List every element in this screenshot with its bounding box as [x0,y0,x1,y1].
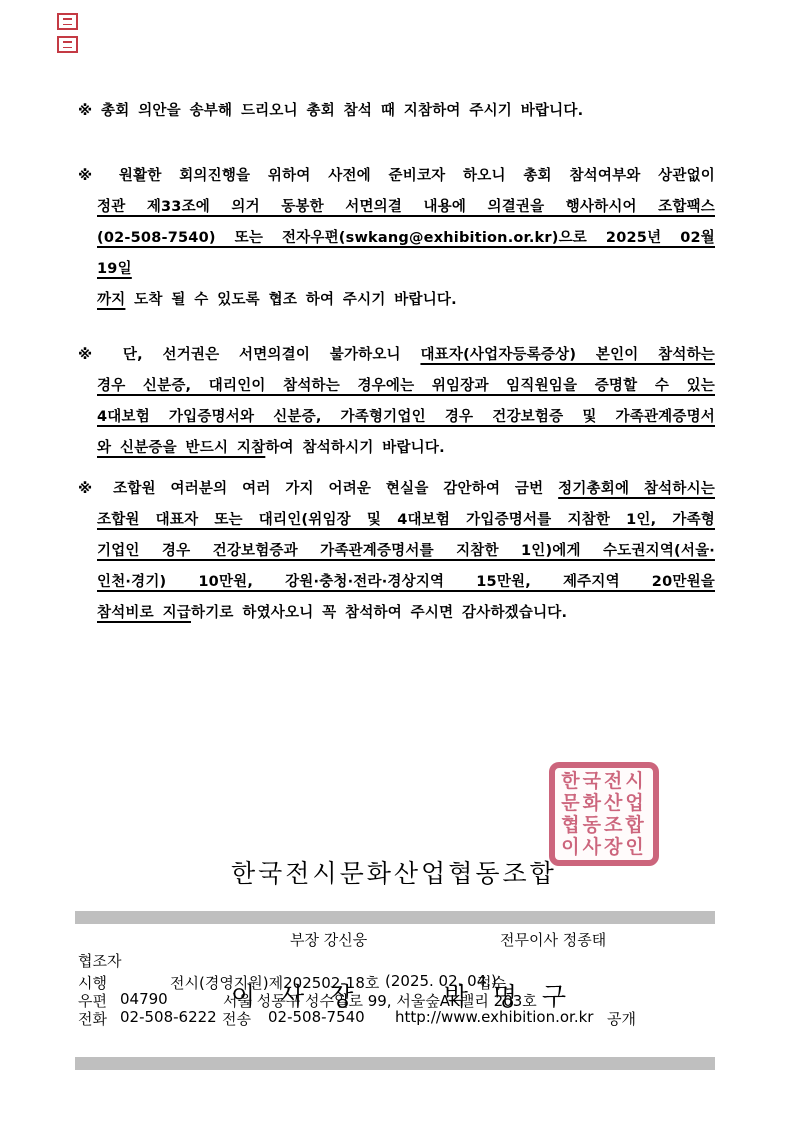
cooperator-row: 협조자 [0,950,793,969]
underlined-text: 정관 제33조에 의거 동봉한 서면의결 내용에 의결권을 행사하시어 조합팩스 [97,199,715,215]
notice-paragraphs: ※ 총회 의안을 송부해 드리오니 총회 참석 때 지참하여 주시기 바랍니다.… [78,96,715,629]
phone-label: 전화 [78,1008,107,1029]
plain-text: ※ 총회 의안을 송부해 드리오니 총회 참석 때 지참하여 주시기 바랍니다. [78,103,583,119]
text-line: 와 신분증을 반드시 지참하여 참석하시기 바랍니다. [78,433,715,464]
notice-paragraph: ※ 단, 선거권은 서면의결이 불가하오니 대표자(사업자등록증상) 본인이 참… [78,340,715,464]
phone-number: 02-508-6222 [120,1008,217,1026]
text-line: 조합원 대표자 또는 대리인(위임장 및 4대보험 가입증명서를 지참한 1인,… [78,505,715,536]
underlined-text: 기업인 경우 건강보험증과 가족관계증명서를 지참한 1인)에게 수도권지역(서… [97,543,715,559]
notice-paragraph: ※ 원활한 회의진행을 위하여 사전에 준비코자 하오니 총회 참석여부와 상관… [78,161,715,316]
postal-code: 04790 [120,990,168,1008]
text-line: ※ 단, 선거권은 서면의결이 불가하오니 대표자(사업자등록증상) 본인이 참… [78,340,715,371]
underlined-text: 경우 신분증, 대리인이 참석하는 경우에는 위임장과 임직원임을 증명할 수 … [97,378,715,394]
plain-text: 도착 될 수 있도록 협조 하여 주시기 바랍니다. [125,292,456,308]
text-line: 기업인 경우 건강보험증과 가족관계증명서를 지참한 1인)에게 수도권지역(서… [78,536,715,567]
plain-text: ※ 원활한 회의진행을 위하여 사전에 준비코자 하오니 총회 참석여부와 상관… [78,168,715,184]
divider-bar-top [75,911,715,924]
dispatch-row: 시행 전시(경영지원)제202502-18호 (2025. 02. 04.) 접… [0,972,793,991]
text-line: 까지 도착 될 수 있도록 협조 하여 주시기 바랍니다. [78,285,715,316]
text-line: 경우 신분증, 대리인이 참석하는 경우에는 위임장과 임직원임을 증명할 수 … [78,371,715,402]
contact-row: 전화 02-508-6222 전송 02-508-7540 http://www… [0,1008,793,1027]
seal-text-row: 이사장인 [561,836,646,858]
cooperator-label: 협조자 [78,950,121,971]
fax-label: 전송 [222,1008,251,1029]
underlined-text: 인천·경기) 10만원, 강원·충청·전라·경상지역 15만원, 제주지역 20… [97,574,715,590]
plain-text: ※ 단, 선거권은 서면의결이 불가하오니 [78,347,420,363]
plain-text: ※ 조합원 여러분의 여러 가지 어려운 현실을 감안하여 금번 [78,481,558,497]
disclosure-label: 공개 [607,1008,636,1029]
official-seal-stamp: 한국전시문화산업협동조합이사장인 [549,762,659,866]
underlined-text: 정기총회에 참석하시는 [558,481,715,497]
text-line: (02-508-7540) 또는 전자우편(swkang@exhibition.… [78,223,715,285]
document-page: ※ 총회 의안을 송부해 드리오니 총회 참석 때 지참하여 주시기 바랍니다.… [0,0,793,1122]
plain-text: 하기로 하였사오니 꼭 참석하여 주시면 감사하겠습니다. [191,605,567,621]
postal-row: 우편 04790 서울 성동구 성수일로 99, 서울숲AK밸리 203호 [0,990,793,1009]
red-corner-mark-bottom [57,36,78,53]
underlined-text: 까지 [97,292,125,308]
underlined-text: 와 신분증을 반드시 지참 [97,440,265,456]
divider-bar-bottom [75,1057,715,1070]
underlined-text: 조합원 대표자 또는 대리인(위임장 및 4대보험 가입증명서를 지참한 1인,… [97,512,715,528]
text-line: ※ 원활한 회의진행을 위하여 사전에 준비코자 하오니 총회 참석여부와 상관… [78,161,715,192]
approver-row: 부장 강신웅 전무이사 정종태 [0,929,793,948]
notice-paragraph: ※ 총회 의안을 송부해 드리오니 총회 참석 때 지참하여 주시기 바랍니다. [78,96,715,127]
seal-text-row: 문화산업 [561,792,646,814]
underlined-text: 4대보험 가입증명서와 신분증, 가족형기업인 경우 건강보험증 및 가족관계증… [97,409,715,425]
website-url: http://www.exhibition.or.kr [395,1008,593,1026]
underlined-text: (02-508-7540) 또는 전자우편(swkang@exhibition.… [97,230,715,277]
seal-text-row: 협동조합 [561,814,646,836]
red-corner-mark-top [57,13,78,30]
text-line: 참석비로 지급하기로 하였사오니 꼭 참석하여 주시면 감사하겠습니다. [78,598,715,629]
plain-text: 하여 참석하시기 바랍니다. [265,440,444,456]
notice-paragraph: ※ 조합원 여러분의 여러 가지 어려운 현실을 감안하여 금번 정기총회에 참… [78,474,715,629]
underlined-text: 참석비로 지급 [97,605,191,621]
text-line: 정관 제33조에 의거 동봉한 서면의결 내용에 의결권을 행사하시어 조합팩스 [78,192,715,223]
text-line: 4대보험 가입증명서와 신분증, 가족형기업인 경우 건강보험증 및 가족관계증… [78,402,715,433]
seal-text-row: 한국전시 [561,770,646,792]
text-line: ※ 조합원 여러분의 여러 가지 어려운 현실을 감안하여 금번 정기총회에 참… [78,474,715,505]
approver-manager: 부장 강신웅 [290,929,367,950]
text-line: 인천·경기) 10만원, 강원·충청·전라·경상지역 15만원, 제주지역 20… [78,567,715,598]
organization-name: 한국전시문화산업협동조합 [231,853,569,894]
text-line: ※ 총회 의안을 송부해 드리오니 총회 참석 때 지참하여 주시기 바랍니다. [78,96,715,127]
underlined-text: 대표자(사업자등록증상) 본인이 참석하는 [420,347,715,363]
fax-number: 02-508-7540 [268,1008,365,1026]
approver-executive-director: 전무이사 정종태 [500,929,606,950]
